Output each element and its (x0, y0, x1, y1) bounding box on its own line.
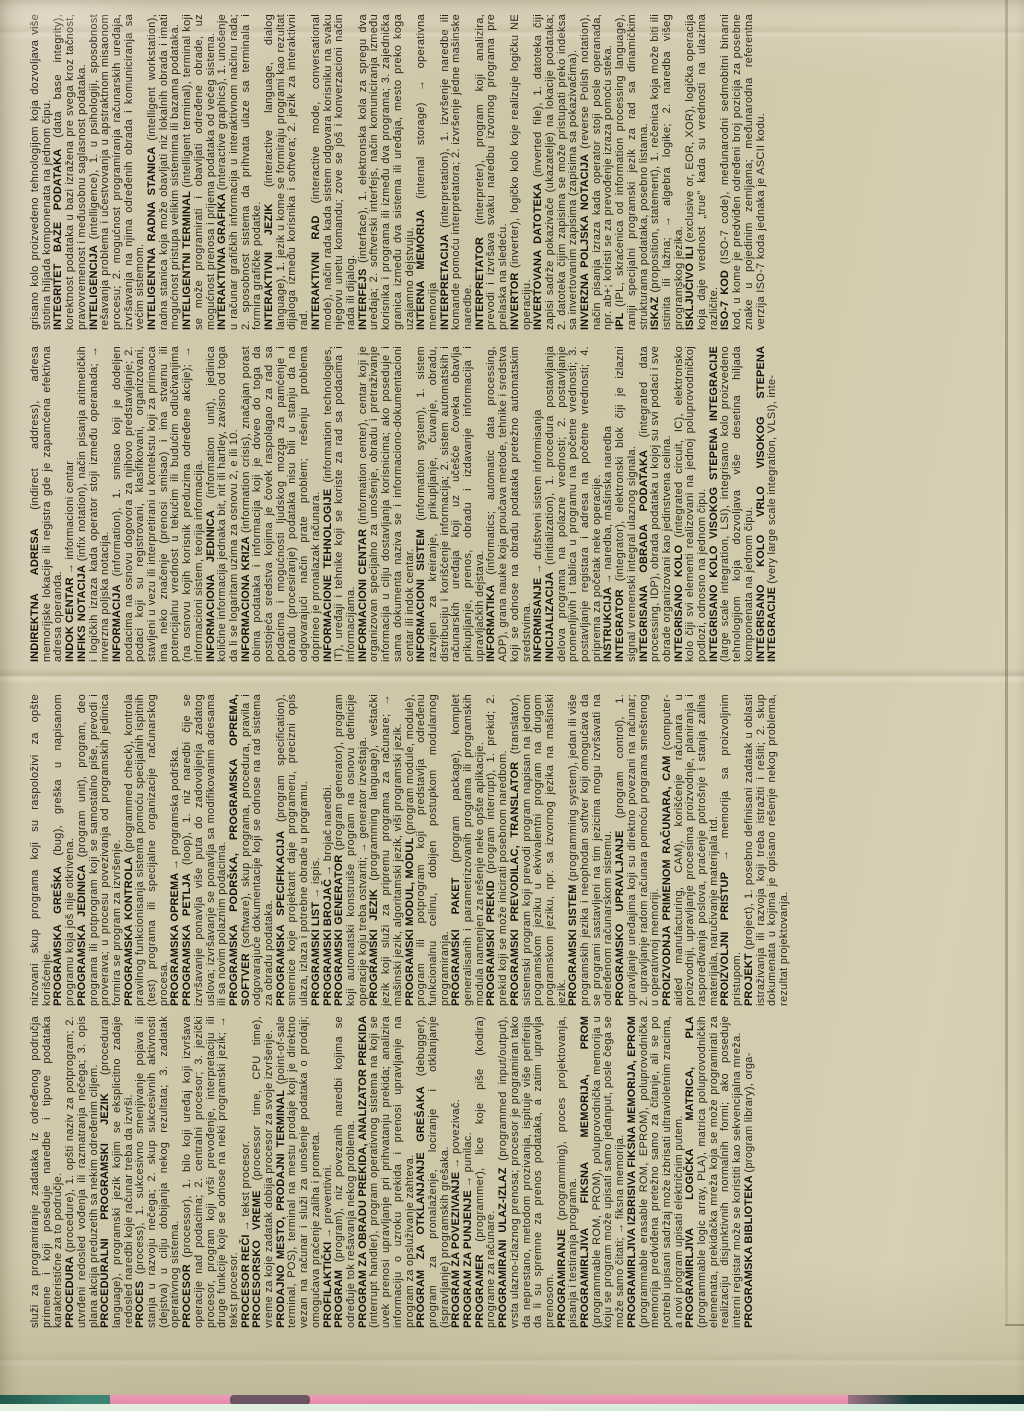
dictionary-entry: PROIZVOLJNI PRISTUP → memorija sa proizv… (720, 694, 743, 1006)
dictionary-entry: INFORMACIONI CENTAR (information center)… (358, 346, 417, 662)
dictionary-entry: INVERTOR (inverter), logičko kolo koje r… (510, 14, 533, 330)
dictionary-entry: INTERNA MEMORIJA (internal storage) → op… (416, 14, 439, 330)
entry-headword: INFORMATIKA (485, 575, 497, 662)
dictionary-column-i2: grisano kolo proizvedeno tehnologijom ko… (30, 14, 988, 330)
entry-headword: PROGRAMSKA PETLJA (181, 865, 193, 1006)
entry-headword: INFORMACIJA (111, 576, 123, 662)
entry-headword: IPL (614, 307, 626, 330)
entry-headword: INDIREKTNA ADRESA (30, 510, 41, 662)
dictionary-entry: PRODAJNO MESTO, PRODAJNI TERMINAL (point… (276, 1016, 323, 1328)
dictionary-entry: grisano kolo proizvedeno tehnologijom ko… (30, 14, 53, 330)
dictionary-entry: INFORMATIKA (informatics; automatic data… (486, 346, 533, 662)
entry-headword: INTERPRETACIJA (439, 228, 451, 330)
dictionary-entry: INTEGRITET BAZE PODATAKA (data base inte… (53, 14, 88, 330)
entry-headword: INVERZNA POLJSKA NOTACIJA (579, 149, 591, 330)
paper-crease-between-pages (0, 668, 1024, 684)
column-text-i2: grisano kolo proizvedeno tehnologijom ko… (30, 14, 988, 330)
entry-headword: ISO-7 KOD (719, 264, 731, 330)
column-text-p2: nizovani skup programa koji su raspoloži… (30, 694, 988, 1006)
entry-headword: INVERTOVANA DATOTEKA (532, 177, 544, 330)
entry-headword: INTEGRITET BAZE PODATAKA (52, 138, 64, 330)
entry-headword: PROGRAMSKI PREVODILAC, TRANSLATOR (509, 754, 521, 1006)
dictionary-entry: INFIKS NOTACIJA (infix notation), način … (77, 346, 112, 662)
dictionary-entry: PROCEDURALNI PROGRAMSKI JEZIK (procedura… (100, 1016, 135, 1328)
dictionary-entry: INTELIGENTNI TERMINAL (intelligent termi… (182, 14, 217, 330)
dictionary-entry: PROGRAMSKI MODUL, MODUL (program module,… (405, 694, 452, 1006)
entry-headword: ISKLJUČIVO ILI (684, 242, 696, 330)
dictionary-entry: PROGRAMSKA PODRŠKA, PROGRAMSKA OPREMA, S… (229, 694, 276, 1006)
entry-headword: INTEGRISANA OBRADA PODATAKA (638, 438, 650, 662)
scanner-background-strip (0, 1404, 1024, 1411)
column-text-i1: INDIREKTNA ADRESA (indirect address), ad… (30, 346, 988, 662)
entry-headword: PROGRAMIRLJIVA IZBRISIVA FIKSNA MEMORIJA… (626, 1016, 638, 1328)
dictionary-entry: PROGRAMSKI JEZIK (programming language),… (369, 694, 404, 1006)
entry-headword: INTERAKTIVNA GRAFIKA (216, 190, 228, 330)
dictionary-entry: PROGRAMSKA GREŠKA (bug), greška u napisa… (53, 694, 76, 1006)
entry-headword: INFORMACIONI SISTEM (415, 521, 427, 662)
column-text-p1: služi za programiranje zadataka iz određ… (30, 1016, 988, 1328)
dictionary-entry: PROCESORSKO VREME (processor time, CPU t… (252, 1016, 275, 1328)
entry-headword: PROCES (134, 1274, 146, 1328)
dictionary-column-p1: služi za programiranje zadataka iz određ… (30, 1016, 988, 1328)
dictionary-entry: INTERPRETATOR (interpreter), program koj… (475, 14, 510, 330)
entry-headword: PROGRAMSKA SPECIFIKACIJA (275, 822, 287, 1006)
entry-headword: PROGRAMIRLJIVA LOGIČKA MATRICA, PLA (684, 1016, 696, 1328)
entry-headword: PROGRAMIRLJIVA FIKSNA MEMORIJA, PROM (579, 1016, 591, 1328)
entry-headword: INSTRUKCIJA (602, 584, 614, 662)
dictionary-entry: ISO-7 KOD (ISO-7 code), međunarodni sedm… (720, 14, 767, 330)
dictionary-column-i1: INDIREKTNA ADRESA (indirect address), ad… (30, 346, 988, 662)
dictionary-entry: INVERZNA POLJSKA NOTACIJA (reverse Polis… (580, 14, 615, 330)
entry-headword: PROGRAMSKI JEZIK (368, 881, 380, 1006)
dictionary-entry: PROGRAMSKI GENERATOR (program generator)… (334, 694, 369, 1006)
entry-headword: INVERTOR (509, 268, 521, 330)
dictionary-entry: PROCESOR (processor), 1. bilo koji uređa… (182, 1016, 241, 1328)
entry-headword: PROGRAMSKO UPRAVLJANJE (614, 818, 626, 1006)
dictionary-entry: INTEGRISANO KOLO VRLO VISOKOG STEPENA IN… (756, 346, 779, 662)
dictionary-entry: INTERAKTIVNI JEZIK (interactive language… (264, 14, 311, 330)
entry-headword: PROGRAM (333, 1262, 345, 1328)
dictionary-entry: ISKLJUČIVO ILI (exclusive or, EOR, XOR),… (685, 14, 720, 330)
dictionary-entry: INICIJALIZACIJA (initialization), 1. pro… (545, 346, 604, 662)
scanned-dictionary-page: grisano kolo proizvedeno tehnologijom ko… (0, 0, 1024, 1404)
dictionary-entry: PROGRAMSKI PREVODILAC, TRANSLATOR (trans… (510, 694, 569, 1006)
entry-headword: INTERAKTIVNI JEZIK (263, 187, 275, 330)
underlying-page-corner-rule (1005, 1324, 1024, 1326)
dictionary-entry: PROJEKT (project), 1. posebno definisani… (744, 694, 791, 1006)
entry-headword: PROGRAM ZA OTKLANJANJE GREŠAKA (415, 1076, 427, 1328)
dictionary-entry: PROCES (process), 1. sukcesivno smenjiva… (135, 1016, 182, 1328)
dictionary-entry: PROGRAMIRLJIVA IZBRISIVA FIKSNA MEMORIJA… (627, 1016, 686, 1328)
dictionary-entry: PROGRAMIRANJE (programming), proces proj… (557, 1016, 580, 1328)
dictionary-entry: PROGRAM ZA OTKLANJANJE GREŠAKA (debugger… (416, 1016, 451, 1328)
dictionary-entry: PROCEDURA (procedure), 1. opšti naziv za… (65, 1016, 100, 1328)
dictionary-entry: INFORMACIONI SISTEM (information system)… (416, 346, 486, 662)
entry-headword: INFIKS NOTACIJA (76, 561, 88, 662)
entry-headword: INFORMACIONA KRIZA (240, 533, 252, 662)
dictionary-entry: PROGRAMSKI PAKET (program package), komp… (451, 694, 486, 1006)
dictionary-entry: INDIREKTNA ADRESA (indirect address), ad… (30, 346, 65, 662)
entry-headword: PROGRAMSKA KONTROLA (123, 852, 135, 1006)
entry-headword: PROGRAM ZA OBRADU PREKIDA, ANALIZATOR PR… (357, 1016, 369, 1328)
dictionary-entry: PROIZVODNJA PRIMENOM RAČUNARA, CAM (comp… (662, 694, 721, 1006)
entry-headword: PRODAJNO MESTO, PRODAJNI TERMINAL (275, 1084, 287, 1328)
entry-headword: INFORMACIONA JEDINICA (205, 498, 217, 662)
entry-headword: INDOK CENTAR (64, 574, 76, 662)
entry-headword: INTERAKTIVNI RAD (310, 203, 322, 330)
dictionary-entry: INTERFEJS (interface), 1. elektronska ko… (358, 14, 417, 330)
entry-headword: PROCEDURALNI PROGRAMSKI JEZIK (99, 1075, 111, 1328)
entry-headword: PROGRAM ZA PUNJENJE (462, 1187, 474, 1328)
dictionary-entry: PROGRAMSKA PETLJA (loop), 1. niz naredbi… (182, 694, 229, 1006)
page-crease-vertical (1005, 0, 1008, 1326)
entry-headword: INTELIGENCIJA (88, 239, 100, 330)
dictionary-entry: PROGRAMIRLJIVA LOGIČKA MATRICA, PLA (pro… (685, 1016, 744, 1328)
dictionary-entry: INTEGRATOR (integrator), elektronski blo… (615, 346, 638, 662)
entry-headword: PROGRAMSKA BIBLIOTEKA (743, 1173, 755, 1328)
entry-headword: PROCESOR (181, 1258, 193, 1328)
entry-headword: PROGRAMSKI MODUL, MODUL (404, 835, 416, 1006)
entry-headword: PROGRAMSKI BROJAČ (322, 876, 334, 1006)
dictionary-entry: INTEGRISANO KOLO (integrated circuit, IC… (674, 346, 709, 662)
dictionary-entry: INFORMACIJA (information), 1. smisao koj… (112, 346, 206, 662)
dictionary-entry: služi za programiranje zadataka iz određ… (30, 1016, 65, 1328)
entry-headword: PROGRAMSKA JEDINICA (76, 857, 88, 1006)
entry-headword: PROGRAMSKI PAKET (450, 863, 462, 1006)
entry-headword: PROGRAM ZA POVEZIVANJE (450, 1169, 462, 1328)
entry-headword: PROIZVODNJA PRIMENOM RAČUNARA, CAM (661, 750, 673, 1006)
entry-headword: INFORMACIONI CENTAR (357, 525, 369, 662)
dictionary-entry: PROGRAMIRLJIVA FIKSNA MEMORIJA, PROM (pr… (580, 1016, 627, 1328)
dictionary-entry: INTERAKTIVNA GRAFIKA (interactive graphi… (217, 14, 264, 330)
dictionary-entry: INTELIGENTNA RADNA STANICA (intelligent … (147, 14, 182, 330)
dictionary-entry: INFORMACIONA KRIZA (information crisis),… (241, 346, 323, 662)
dictionary-entry: PROGRAMSKA JEDINICA (program unit), prog… (77, 694, 124, 1006)
entry-headword: INTERPRETATOR (474, 225, 486, 330)
dictionary-entry: PROGRAMSKI PREKID (program interrupt), 1… (486, 694, 509, 1006)
dictionary-entry: PROGRAM ZA OBRADU PREKIDA, ANALIZATOR PR… (358, 1016, 417, 1328)
entry-headword: INICIJALIZACIJA (544, 565, 556, 662)
entry-headword: INTEGRATOR (614, 581, 626, 662)
entry-headword: PROFILAKTIČKI (322, 1239, 334, 1328)
entry-headword: PROGRAMSKA OPREMA (169, 870, 181, 1006)
entry-headword: PROGRAMSKI GENERATOR (333, 850, 345, 1006)
entry-headword: PROGRAMIRANI ULAZ-IZLAZ (497, 1161, 509, 1328)
dictionary-entry: ISKAZ (proposition, statement), 1. rečen… (650, 14, 685, 330)
dictionary-entry: IPL (IPL, skraćenica od information proc… (615, 14, 650, 330)
entry-headword: PROGRAMIRANJE (556, 1220, 568, 1328)
entry-headword: ISKAZ (649, 293, 661, 330)
entry-headword: PROCESORSKO VREME (251, 1180, 263, 1328)
dictionary-entry: INFORMACIONA JEDINICA (information unit)… (206, 346, 241, 662)
dictionary-entry: INTEGRISANO KOLO VISOKOG STEPENA INTEGRA… (709, 346, 756, 662)
dictionary-entry: INTERAKTIVNI RAD (interactive mode, conv… (311, 14, 358, 330)
dictionary-column-p2: nizovani skup programa koji su raspoloži… (30, 694, 988, 1006)
entry-headword: INTELIGENTNA RADNA STANICA (146, 141, 158, 330)
paper-crease-bottom (0, 1352, 1024, 1368)
entry-headword: PROGRAMSKA GREŠKA (52, 856, 64, 1006)
entry-headword: INFORMISANJE (532, 575, 544, 662)
dictionary-entry: PROGRAM (program), niz povezanih naredbi… (334, 1016, 357, 1328)
entry-headword: INTEGRISANO KOLO VISOKOG STEPENA INTEGRA… (708, 346, 720, 662)
dictionary-entry: INTERPRETACIJA (interpretation), 1. izvr… (440, 14, 475, 330)
dictionary-entry: INFORMACIONE TEHNOLOGIJE (information te… (323, 346, 358, 662)
dictionary-entry: PROGRAMIRANI ULAZ-IZLAZ (programmed inpu… (498, 1016, 557, 1328)
entry-headword: PROGRAMSKA PODRŠKA, PROGRAMSKA OPREMA, S… (228, 694, 252, 1006)
dictionary-entry: PROGRAMSKA KONTROLA (programmed check), … (124, 694, 171, 1006)
dictionary-entry: nizovani skup programa koji su raspoloži… (30, 694, 53, 1006)
entry-headword: PROJEKT (743, 949, 755, 1006)
dictionary-entry: PROGRAMSKA BIBLIOTEKA (program library),… (744, 1016, 756, 1328)
entry-headword: PROGRAMER (474, 1242, 486, 1328)
entry-headword: INTEGRISANO KOLO VRLO VISOKOG STEPENA IN… (755, 346, 779, 662)
entry-headword: PROGRAMSKI PREKID (485, 874, 497, 1006)
entry-headword: INTELIGENTNI TERMINAL (181, 188, 193, 330)
dictionary-entry: PROGRAMSKI SISTEM (programming system), … (568, 694, 615, 1006)
entry-headword: INTERNA MEMORIJA (415, 199, 427, 330)
entry-headword: PROCESOR REČI (240, 1231, 252, 1328)
entry-headword: PROIZVOLJNI PRISTUP (719, 861, 731, 1006)
entry-headword: INTEGRISANO KOLO (673, 537, 685, 662)
entry-headword: PROGRAMSKI LIST (310, 899, 322, 1006)
entry-headword: PROCEDURA (64, 1252, 76, 1328)
dictionary-entry: INTELIGENCIJA (intelligence), 1. u psiho… (89, 14, 148, 330)
dictionary-entry: INVERTOVANA DATOTEKA (inverted file), 1.… (533, 14, 580, 330)
entry-headword: INTERFEJS (357, 263, 369, 330)
dictionary-entry: PROGRAMER (programmer), lice koje piše (… (475, 1016, 498, 1328)
dictionary-entry: INTEGRISANA OBRADA PODATAKA (integrated … (639, 346, 674, 662)
dictionary-entry: PROGRAMSKA SPECIFIKACIJA (program specif… (276, 694, 311, 1006)
dictionary-entry: PROGRAMSKO UPRAVLJANJE (program control)… (615, 694, 662, 1006)
entry-headword: INFORMACIONE TEHNOLOGIJE (322, 483, 334, 662)
entry-headword: PROGRAMSKI SISTEM (567, 881, 579, 1006)
